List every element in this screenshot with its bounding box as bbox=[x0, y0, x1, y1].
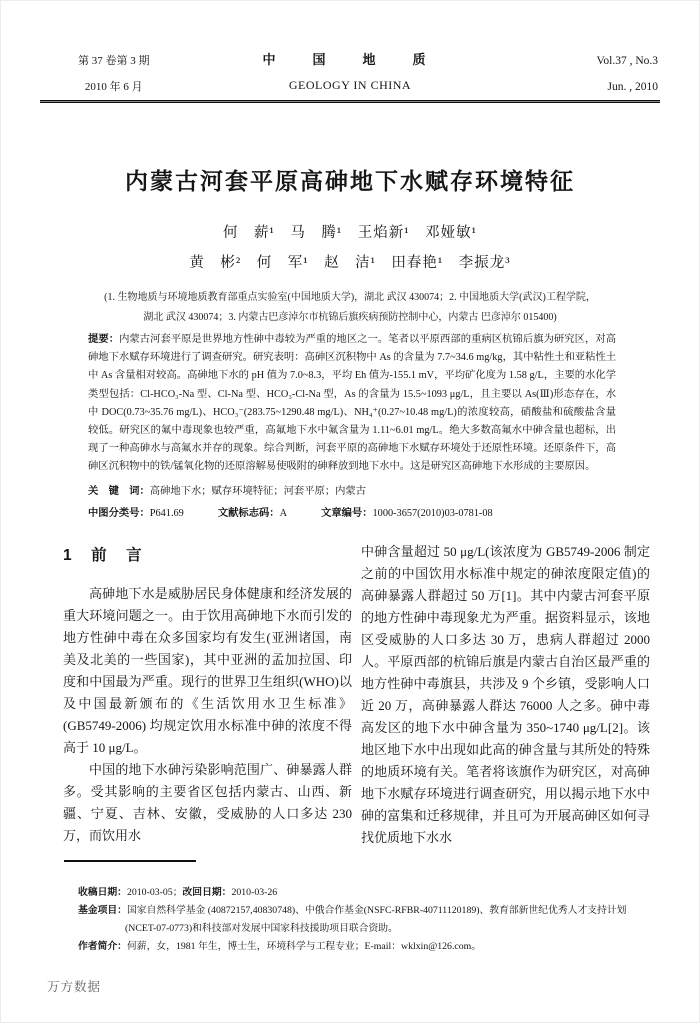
abstract-label: 提要： bbox=[88, 334, 119, 345]
clc-label: 中图分类号： bbox=[88, 508, 150, 519]
journal-title-en: GEOLOGY IN CHINA bbox=[42, 72, 658, 98]
doc-code-label: 文献标志码： bbox=[218, 508, 280, 519]
affiliation-line-2: 湖北 武汉 430074；3. 内蒙古巴彦淖尔市杭锦后旗疾病预防控制中心，内蒙古… bbox=[60, 308, 640, 328]
footnote-divider bbox=[64, 860, 196, 862]
bio-label: 作者简介： bbox=[78, 941, 127, 952]
left-paragraph-2: 中国的地下水砷污染影响范围广、砷暴露人群多。受其影响的主要省区包括内蒙古、山西、… bbox=[63, 759, 352, 847]
article-title: 内蒙古河套平原高砷地下水赋存环境特征 bbox=[0, 163, 700, 196]
header-right: Vol.37 , No.3 Jun. , 2010 bbox=[597, 48, 658, 100]
abstract-text: 内蒙古河套平原是世界地方性砷中毒较为严重的地区之一。笔者以平原西部的重病区杭锦后… bbox=[88, 334, 616, 472]
authors-line-2: 黄 彬² 何 军¹ 赵 洁¹ 田春艳¹ 李振龙³ bbox=[0, 251, 700, 272]
right-paragraph: 中砷含量超过 50 μg/L(该浓度为 GB5749-2006 制定之前的中国饮… bbox=[361, 541, 650, 849]
header-rule-divider bbox=[40, 100, 660, 103]
bio-value: 何薪，女，1981 年生，博士生，环境科学与工程专业；E-mail：wklxin… bbox=[127, 941, 481, 952]
footnote-funding: 基金项目：国家自然科学基金 (40872157,40830748)、中俄合作基金… bbox=[78, 902, 656, 938]
article-id-value: 1000-3657(2010)03-0781-08 bbox=[373, 508, 493, 519]
left-paragraph-1: 高砷地下水是威胁居民身体健康和经济发展的重大环境问题之一。由于饮用高砷地下水而引… bbox=[63, 583, 352, 759]
keywords-line: 关 键 词：高砷地下水；赋存环境特征；河套平原；内蒙古 bbox=[88, 483, 616, 501]
fund-label: 基金项目： bbox=[78, 905, 127, 916]
wanfang-watermark: 万方数据 bbox=[47, 977, 101, 995]
fund-value: 国家自然科学基金 (40872157,40830748)、中俄合作基金(NSFC… bbox=[125, 905, 626, 934]
received-label: 收稿日期： bbox=[78, 887, 127, 898]
keywords-text: 高砷地下水；赋存环境特征；河套平原；内蒙古 bbox=[150, 486, 366, 497]
footnote-dates: 收稿日期：2010-03-05；改回日期：2010-03-26 bbox=[78, 884, 656, 902]
article-id-label: 文章编号： bbox=[321, 508, 372, 519]
footnotes-block: 收稿日期：2010-03-05；改回日期：2010-03-26 基金项目：国家自… bbox=[78, 884, 656, 956]
body-column-right: 中砷含量超过 50 μg/L(该浓度为 GB5749-2006 制定之前的中国饮… bbox=[361, 541, 650, 849]
affiliation-line-1: (1. 生物地质与环境地质教育部重点实验室(中国地质大学)，湖北 武汉 4300… bbox=[60, 288, 640, 308]
revised-label: 改回日期： bbox=[183, 887, 232, 898]
abstract-paragraph: 提要：内蒙古河套平原是世界地方性砷中毒较为严重的地区之一。笔者以平原西部的重病区… bbox=[88, 331, 616, 477]
footnote-author-bio: 作者简介：何薪，女，1981 年生，博士生，环境科学与工程专业；E-mail：w… bbox=[78, 938, 656, 956]
paper-page: 第 37 卷第 3 期 2010 年 6 月 中 国 地 质 GEOLOGY I… bbox=[0, 0, 700, 1023]
keywords-label: 关 键 词： bbox=[88, 486, 150, 497]
revised-value: 2010-03-26 bbox=[231, 887, 277, 898]
classification-line: 中图分类号：P641.69文献标志码：A文章编号：1000-3657(2010)… bbox=[88, 505, 616, 523]
body-column-left: 1 前 言 高砷地下水是威胁居民身体健康和经济发展的重大环境问题之一。由于饮用高… bbox=[63, 545, 352, 847]
authors-line-1: 何 薪¹ 马 腾¹ 王焰新¹ 邓娅敏¹ bbox=[0, 221, 700, 242]
section-1-heading: 1 前 言 bbox=[63, 545, 352, 567]
date-en: Jun. , 2010 bbox=[597, 74, 658, 100]
received-value: 2010-03-05； bbox=[127, 887, 183, 898]
header-center: 中 国 地 质 GEOLOGY IN CHINA bbox=[42, 48, 658, 98]
doc-code-value: A bbox=[280, 508, 287, 519]
journal-header: 第 37 卷第 3 期 2010 年 6 月 中 国 地 质 GEOLOGY I… bbox=[42, 48, 658, 94]
volume-issue-en: Vol.37 , No.3 bbox=[597, 48, 658, 74]
clc-value: P641.69 bbox=[150, 508, 184, 519]
journal-title-cn: 中 国 地 质 bbox=[42, 48, 658, 72]
